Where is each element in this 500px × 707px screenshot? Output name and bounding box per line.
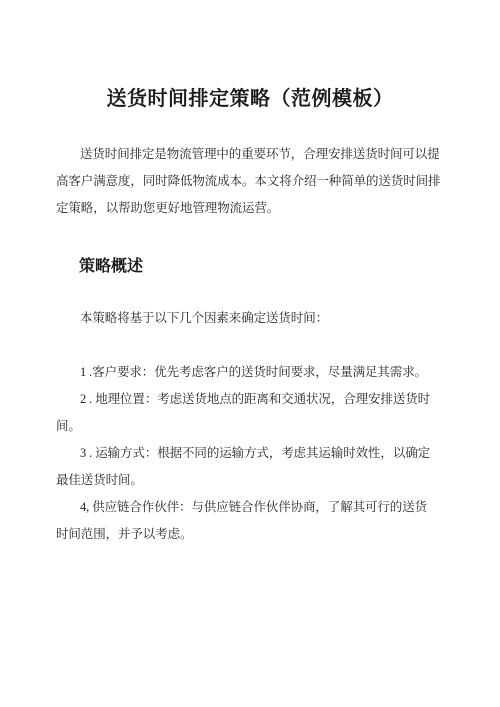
list-item-transport-mode: 3 . 运输方式：根据不同的运输方式，考虑其运输时效性，以确定 最佳送货时间。 [56, 440, 444, 494]
intro-line-3: 定策略，以帮助您更好地管理物流运营。 [56, 195, 444, 222]
list-item-line: 4, 供应链合作伙伴：与供应链合作伙伴协商，了解其可行的送货 [56, 494, 444, 521]
list-item-line: 最佳送货时间。 [56, 467, 444, 494]
list-item-line: 1 .客户要求：优先考虑客户的送货时间要求，尽量满足其需求。 [56, 359, 444, 386]
list-item-line: 间。 [56, 413, 444, 440]
list-item-supply-chain-partners: 4, 供应链合作伙伴：与供应链合作伙伴协商，了解其可行的送货 时间范围，并予以考… [56, 494, 444, 548]
factor-list: 1 .客户要求：优先考虑客户的送货时间要求，尽量满足其需求。 2 . 地理位置：… [56, 359, 444, 548]
list-item-line: 3 . 运输方式：根据不同的运输方式，考虑其运输时效性，以确定 [56, 440, 444, 467]
list-item-geographic-location: 2 . 地理位置：考虑送货地点的距离和交通状况，合理安排送货时 间。 [56, 386, 444, 440]
intro-line-2: 高客户满意度，同时降低物流成本。本文将介绍一种简单的送货时间排 [56, 168, 444, 195]
document-page: 送货时间排定策略（范例模板） 送货时间排定是物流管理中的重要环节，合理安排送货时… [0, 0, 500, 707]
list-item-line: 2 . 地理位置：考虑送货地点的距离和交通状况，合理安排送货时 [56, 386, 444, 413]
lead-paragraph: 本策略将基于以下几个因素来确定送货时间： [56, 305, 444, 332]
intro-line-1: 送货时间排定是物流管理中的重要环节，合理安排送货时间可以提 [56, 141, 444, 168]
list-item-line: 时间范围，并予以考虑。 [56, 521, 444, 548]
section-heading: 策略概述 [56, 253, 444, 280]
lead-line: 本策略将基于以下几个因素来确定送货时间： [56, 305, 444, 332]
intro-paragraph: 送货时间排定是物流管理中的重要环节，合理安排送货时间可以提 高客户满意度，同时降… [56, 141, 444, 222]
document-title: 送货时间排定策略（范例模板） [56, 84, 444, 114]
list-item-customer-requirements: 1 .客户要求：优先考虑客户的送货时间要求，尽量满足其需求。 [56, 359, 444, 386]
